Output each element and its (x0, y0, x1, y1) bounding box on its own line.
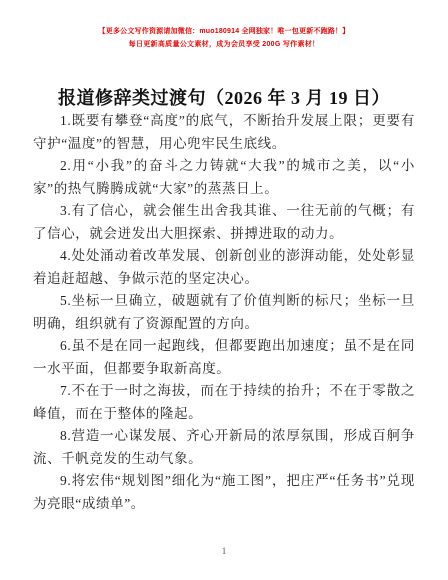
paragraph-3: 3.有了信心，就会催生出舍我其谁、一往无前的气概；有了信心，就会迸发出大胆探索、… (33, 200, 415, 245)
paragraph-7: 7.不在于一时之海拔，而在于持续的抬升；不在于零散之峰值，而在于整体的隆起。 (33, 380, 415, 425)
paragraph-4: 4.处处涌动着改革发展、创新创业的澎湃动能，处处彰显着追赶超越、争做示范的坚定决… (33, 245, 415, 290)
paragraph-8: 8.营造一心谋发展、齐心开新局的浓厚氛围，形成百舸争流、千帆竞发的生动气象。 (33, 425, 415, 470)
paragraph-1: 1.既要有攀登“高度”的底气，不断抬升发展上限；更要有守护“温度”的智慧，用心兜… (33, 110, 415, 155)
promo-header-line2: 每日更新高质量公文素材，成为会员享受 200G 写作素材！ (0, 39, 448, 52)
paragraph-2: 2.用“小我”的奋斗之力铸就“大我”的城市之美，以“小家”的热气腾腾成就“大家”… (33, 155, 415, 200)
document-body: 1.既要有攀登“高度”的底气，不断抬升发展上限；更要有守护“温度”的智慧，用心兜… (33, 110, 415, 515)
paragraph-5: 5.坐标一旦确立，破题就有了价值判断的标尺；坐标一旦明确，组织就有了资源配置的方… (33, 290, 415, 335)
paragraph-6: 6.虽不是在同一起跑线，但都要跑出加速度；虽不是在同一水平面，但都要争取新高度。 (33, 335, 415, 380)
document-page: 【更多公文写作资源请加微信：muo180914 全网独家！唯一包更新不跑路！】 … (0, 0, 448, 580)
promo-header: 【更多公文写作资源请加微信：muo180914 全网独家！唯一包更新不跑路！】 … (0, 26, 448, 51)
paragraph-9: 9.将宏伟“规划图”细化为“施工图”，把庄严“任务书”兑现为亮眼“成绩单”。 (33, 470, 415, 515)
document-title: 报道修辞类过渡句（2026 年 3 月 19 日） (0, 84, 448, 110)
page-number: 1 (0, 546, 448, 556)
promo-header-line1: 【更多公文写作资源请加微信：muo180914 全网独家！唯一包更新不跑路！】 (0, 26, 448, 39)
